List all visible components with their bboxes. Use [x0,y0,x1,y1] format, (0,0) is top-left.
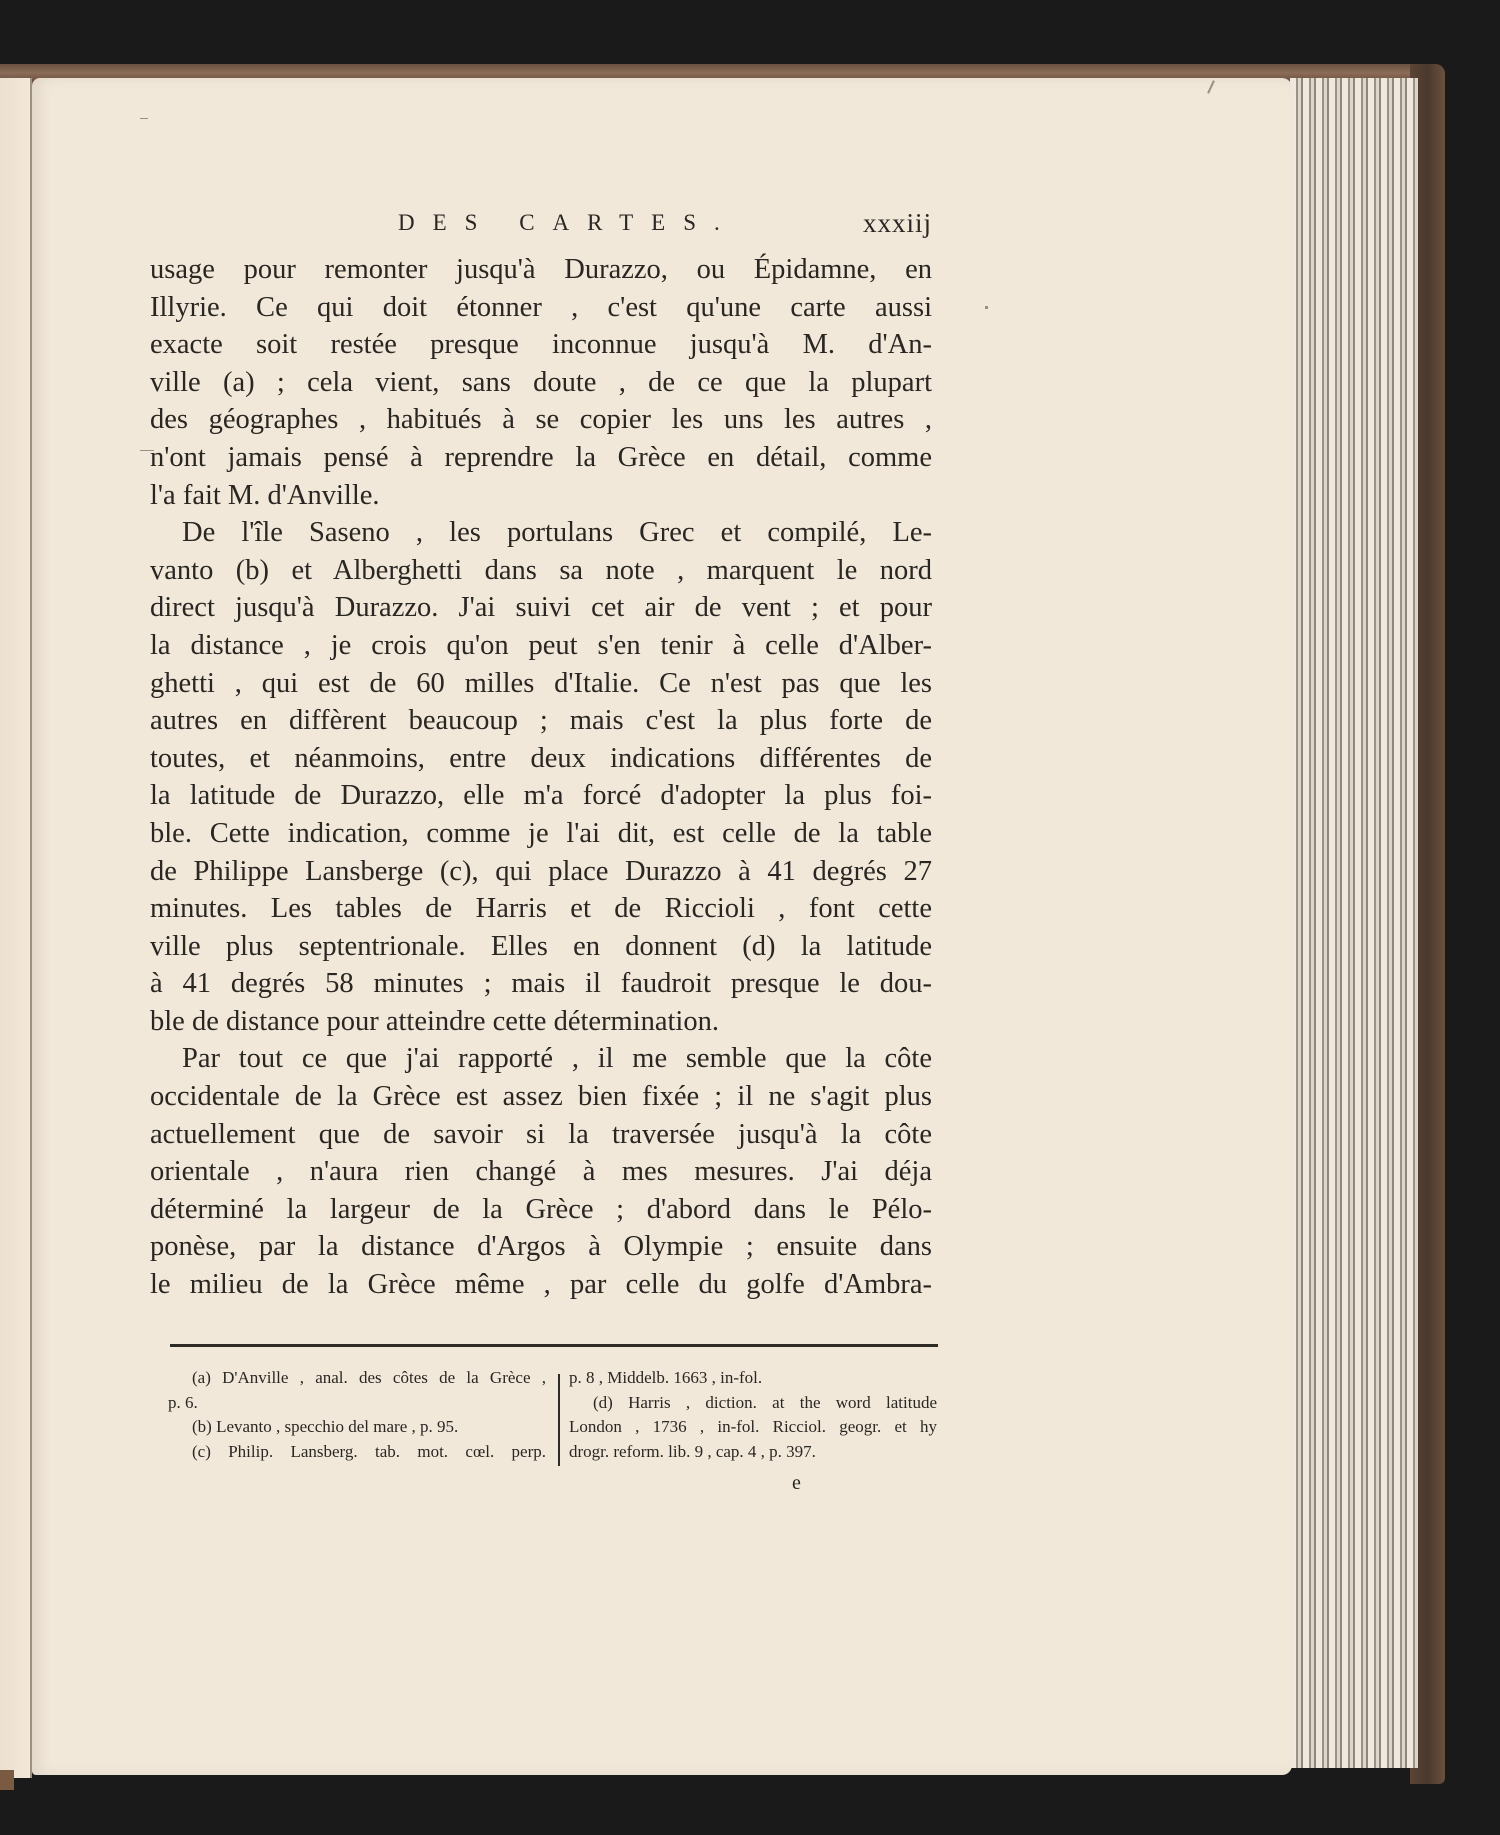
printer-signature-mark: e [792,1472,801,1495]
footnote-line: p. 6. [168,1391,546,1416]
text-line: le milieu de la Grèce même , par celle d… [150,1266,932,1304]
footnotes: (a) D'Anville , anal. des côtes de la Gr… [168,1366,938,1476]
text-line: minutes. Les tables de Harris et de Ricc… [150,890,932,928]
text-line: toutes, et néanmoins, entre deux indicat… [150,740,932,778]
text-line: n'ont jamais pensé à reprendre la Grèce … [150,439,932,477]
text-line: De l'île Saseno , les portulans Grec et … [150,514,932,552]
text-line: l'a fait M. d'Anville. [150,477,932,515]
footnote-line: (d) Harris , diction. at the word latitu… [569,1391,937,1416]
text-line: exacte soit restée presque inconnue jusq… [150,326,932,364]
page-number: xxxiij [863,208,932,239]
footnote-line: p. 8 , Middelb. 1663 , in-fol. [569,1366,937,1391]
footnote-line: (a) D'Anville , anal. des côtes de la Gr… [168,1366,546,1391]
text-line: autres en diffèrent beaucoup ; mais c'es… [150,702,932,740]
running-head-title: DES CARTES. [398,210,738,236]
text-line: ble de distance pour atteindre cette dét… [150,1003,932,1041]
book-cover-corner [0,1770,14,1790]
running-head: DES CARTES. xxxiij [150,210,932,246]
footnote-rule [170,1344,938,1347]
footnote-line: (b) Levanto , specchio del mare , p. 95. [168,1415,546,1440]
footnote-line: (c) Philip. Lansberg. tab. mot. cœl. per… [168,1440,546,1465]
paper-speck [140,450,154,451]
text-line: ponèse, par la distance d'Argos à Olympi… [150,1228,932,1266]
footnotes-left-column: (a) D'Anville , anal. des côtes de la Gr… [168,1366,546,1464]
text-line: Illyrie. Ce qui doit étonner , c'est qu'… [150,289,932,327]
text-line: occidentale de la Grèce est assez bien f… [150,1078,932,1116]
footnote-line: London , 1736 , in-fol. Ricciol. geogr. … [569,1415,937,1440]
body-text: usage pour remonter jusqu'à Durazzo, ou … [150,251,932,1304]
text-line: ville (a) ; cela vient, sans doute , de … [150,364,932,402]
page-stack-edges [1290,78,1418,1768]
text-line: actuellement que de savoir si la travers… [150,1116,932,1154]
text-line: à 41 degrés 58 minutes ; mais il faudroi… [150,965,932,1003]
facing-page-edge [0,78,32,1778]
text-line: déterminé la largeur de la Grèce ; d'abo… [150,1191,932,1229]
footnotes-right-column: p. 8 , Middelb. 1663 , in-fol.(d) Harris… [569,1366,937,1464]
text-line: ghetti , qui est de 60 milles d'Italie. … [150,665,932,703]
text-line: la latitude de Durazzo, elle m'a forcé d… [150,777,932,815]
footnote-line: drogr. reform. lib. 9 , cap. 4 , p. 397. [569,1440,937,1465]
text-line: orientale , n'aura rien changé à mes mes… [150,1153,932,1191]
text-line: Par tout ce que j'ai rapporté , il me se… [150,1040,932,1078]
paper-speck [985,306,988,309]
text-line: des géographes , habitués à se copier le… [150,401,932,439]
footnote-column-divider [558,1374,560,1466]
text-line: ville plus septentrionale. Elles en donn… [150,928,932,966]
text-line: la distance , je crois qu'on peut s'en t… [150,627,932,665]
text-line: usage pour remonter jusqu'à Durazzo, ou … [150,251,932,289]
text-line: ble. Cette indication, comme je l'ai dit… [150,815,932,853]
text-line: vanto (b) et Alberghetti dans sa note , … [150,552,932,590]
paper-speck [140,118,148,119]
text-line: direct jusqu'à Durazzo. J'ai suivi cet a… [150,589,932,627]
text-line: de Philippe Lansberge (c), qui place Dur… [150,853,932,891]
